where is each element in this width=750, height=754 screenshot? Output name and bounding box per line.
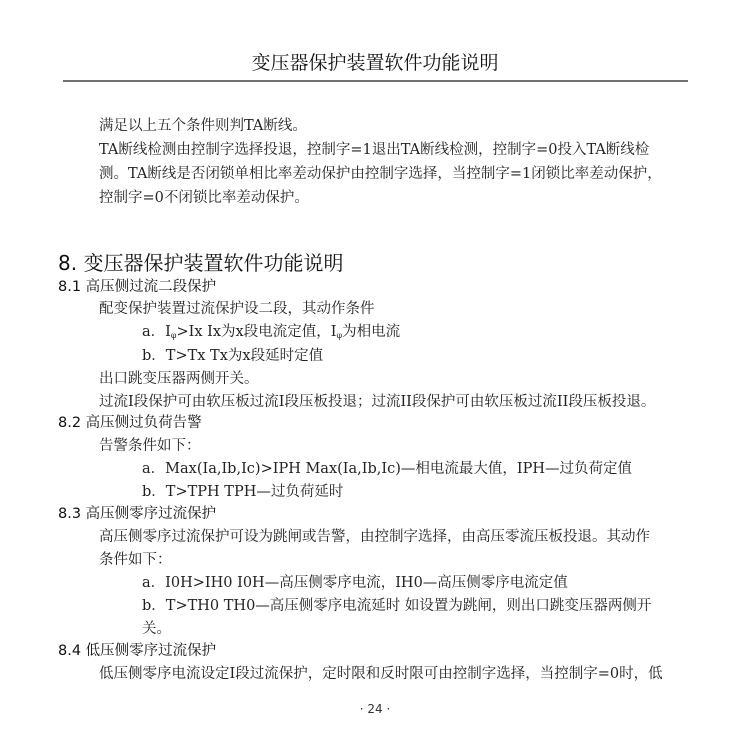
subsection-8-1-item-b: b．T>Tx Tx为x段延时定值	[142, 344, 323, 368]
subsection-8-3-heading: 8.3 高压侧零序过流保护	[58, 503, 216, 525]
subsection-8-3-intro-1: 高压侧零序过流保护可设为跳闸或告警，由控制字选择，由高压零流压板投退。其动作	[99, 525, 650, 549]
header-divider	[63, 80, 688, 82]
subsection-8-1-after-2: 过流I段保护可由软压板过流I段压板投退；过流II段保护可由软压板过流II段压板投…	[99, 390, 655, 414]
intro-line-1: 满足以上五个条件则判TA断线。	[99, 114, 307, 138]
subsection-8-3-item-a: a．I0H>IH0 I0H—高压侧零序电流，IH0—高压侧零序电流定值	[142, 571, 568, 595]
intro-line-3: 测。TA断线是否闭锁单相比率差动保护由控制字选择，当控制字=1闭锁比率差动保护，	[99, 162, 662, 186]
subsection-8-3-item-b: b．T>TH0 TH0—高压侧零序电流延时 如设置为跳闸，则出口跳变压器两侧开	[142, 594, 651, 618]
subsection-8-2-heading: 8.2 高压侧过负荷告警	[58, 412, 202, 434]
intro-line-2: TA断线检测由控制字选择投退，控制字=1退出TA断线检测，控制字=0投入TA断线…	[99, 138, 649, 162]
subsection-8-2-item-a: a．Max(Ia,Ib,Ic)>IPH Max(Ia,Ib,Ic)—相电流最大值…	[142, 457, 632, 481]
intro-line-4: 控制字=0不闭锁比率差动保护。	[99, 186, 309, 210]
subsection-8-4-intro: 低压侧零序电流设定I段过流保护，定时限和反时限可由控制字选择，当控制字=0时，低	[99, 662, 663, 686]
subsection-8-4-heading: 8.4 低压侧零序过流保护	[58, 640, 216, 662]
subsection-8-2-intro: 告警条件如下：	[99, 434, 201, 458]
section-heading: 8. 变压器保护装置软件功能说明	[58, 250, 343, 276]
subsection-8-3-intro-2: 条件如下：	[99, 548, 172, 572]
subsection-8-1-heading: 8.1 高压侧过流二段保护	[58, 276, 216, 298]
running-header-title: 变压器保护装置软件功能说明	[0, 50, 750, 76]
subsection-8-3-item-b-cont: 关。	[142, 617, 171, 641]
page-number: · 24 ·	[0, 702, 750, 716]
subsection-8-1-after-1: 出口跳变压器两侧开关。	[99, 367, 259, 391]
subsection-8-2-item-b: b．T>TPH TPH—过负荷延时	[142, 480, 343, 504]
subsection-8-1-intro: 配变保护装置过流保护设二段，其动作条件	[99, 297, 375, 321]
